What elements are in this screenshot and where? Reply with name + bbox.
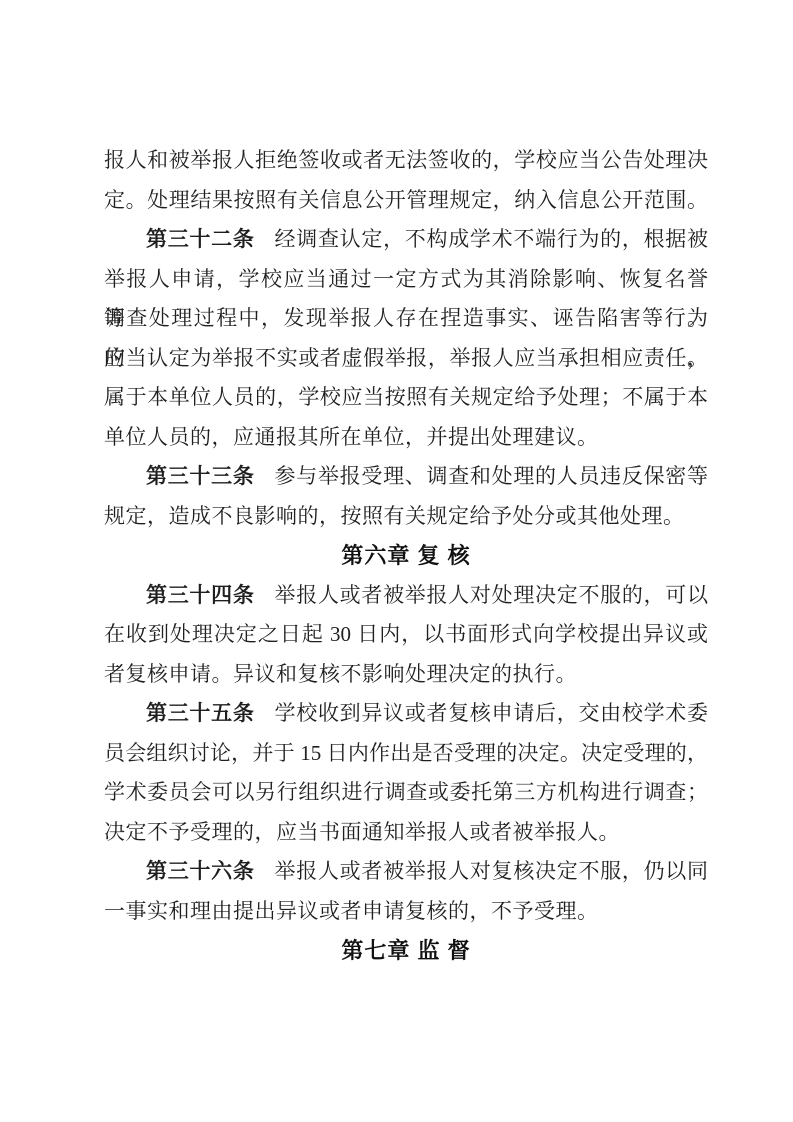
article-text: 学校收到异议或者复核申请后，交由校学术委 (275, 701, 708, 725)
document-page: 报人和被举报人拒绝签收或者无法签收的，学校应当公告处理决 定。处理结果按照有关信… (0, 0, 793, 1122)
chapter-heading-7: 第七章 监 督 (104, 931, 708, 971)
article-text: 经调查认定，不构成学术不端行为的，根据被 (275, 227, 708, 251)
text-line: 调查处理过程中，发现举报人存在捏造事实、诬告陷害等行为的， (104, 299, 708, 339)
text-line: 应当认定为举报不实或者虚假举报，举报人应当承担相应责任。 (104, 339, 708, 379)
paragraph-article-36: 第三十六条举报人或者被举报人对复核决定不服，仍以同 一事实和理由提出异议或者申请… (104, 852, 708, 931)
text-line: 者复核申请。异议和复核不影响处理决定的执行。 (104, 655, 708, 695)
article-number: 第三十五条 (146, 701, 255, 725)
paragraph-article-33: 第三十三条参与举报受理、调查和处理的人员违反保密等 规定，造成不良影响的，按照有… (104, 457, 708, 536)
text-line: 决定不予受理的，应当书面通知举报人或者被举报人。 (104, 813, 708, 853)
chapter-heading-6: 第六章 复 核 (104, 536, 708, 576)
paragraph-article-34: 第三十四条举报人或者被举报人对处理决定不服的，可以 在收到处理决定之日起 30 … (104, 576, 708, 695)
paragraph-article-32: 第三十二条经调查认定，不构成学术不端行为的，根据被 举报人申请，学校应当通过一定… (104, 220, 708, 457)
text-line: 在收到处理决定之日起 30 日内，以书面形式向学校提出异议或 (104, 615, 708, 655)
article-number: 第三十四条 (146, 583, 255, 607)
text-line: 报人和被举报人拒绝签收或者无法签收的，学校应当公告处理决 (104, 141, 708, 181)
text-line: 举报人申请，学校应当通过一定方式为其消除影响、恢复名誉等。 (104, 260, 708, 300)
text-line: 第三十五条学校收到异议或者复核申请后，交由校学术委 (104, 694, 708, 734)
paragraph-article-35: 第三十五条学校收到异议或者复核申请后，交由校学术委 员会组织讨论，并于 15 日… (104, 694, 708, 852)
article-text: 举报人或者被举报人对处理决定不服的，可以 (275, 583, 708, 607)
text-line: 学术委员会可以另行组织进行调查或委托第三方机构进行调查； (104, 773, 708, 813)
article-text: 举报人或者被举报人对复核决定不服，仍以同 (275, 859, 708, 883)
paragraph-continuation: 报人和被举报人拒绝签收或者无法签收的，学校应当公告处理决 定。处理结果按照有关信… (104, 141, 708, 220)
text-line: 属于本单位人员的，学校应当按照有关规定给予处理；不属于本 (104, 378, 708, 418)
article-number: 第三十三条 (146, 464, 255, 488)
text-line: 一事实和理由提出异议或者申请复核的，不予受理。 (104, 892, 708, 932)
document-body: 报人和被举报人拒绝签收或者无法签收的，学校应当公告处理决 定。处理结果按照有关信… (104, 141, 708, 971)
text-line: 第三十四条举报人或者被举报人对处理决定不服的，可以 (104, 576, 708, 616)
article-number: 第三十二条 (146, 227, 255, 251)
text-line: 员会组织讨论，并于 15 日内作出是否受理的决定。决定受理的， (104, 734, 708, 774)
article-text: 参与举报受理、调查和处理的人员违反保密等 (275, 464, 708, 488)
article-number: 第三十六条 (146, 859, 255, 883)
text-line: 单位人员的，应通报其所在单位，并提出处理建议。 (104, 418, 708, 458)
text-line: 规定，造成不良影响的，按照有关规定给予处分或其他处理。 (104, 497, 708, 537)
text-line: 第三十三条参与举报受理、调查和处理的人员违反保密等 (104, 457, 708, 497)
text-line: 第三十二条经调查认定，不构成学术不端行为的，根据被 (104, 220, 708, 260)
text-line: 第三十六条举报人或者被举报人对复核决定不服，仍以同 (104, 852, 708, 892)
text-line: 定。处理结果按照有关信息公开管理规定，纳入信息公开范围。 (104, 181, 708, 221)
